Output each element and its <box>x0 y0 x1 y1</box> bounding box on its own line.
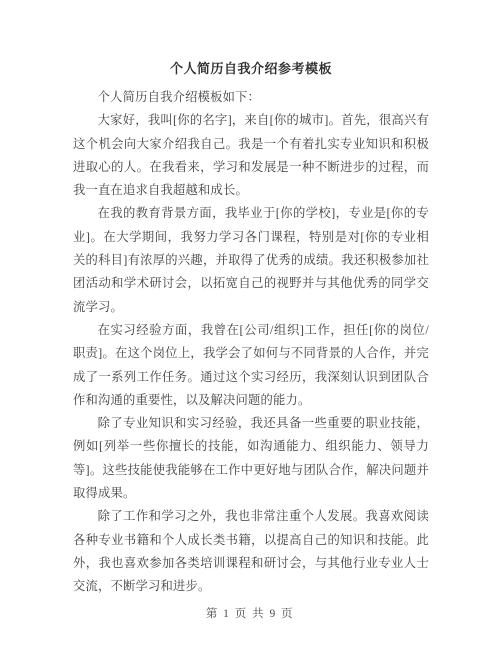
document-title: 个人简历自我介绍参考模板 <box>73 57 429 81</box>
paragraph-internship: 在实习经验方面，我曾在[公司/组织]工作，担任[你的岗位/职责]。在这个岗位上，… <box>73 319 429 412</box>
paragraph-personal-growth: 除了工作和学习之外，我也非常注重个人发展。我喜欢阅读各种专业书籍和个人成长类书籍… <box>73 505 429 598</box>
document-body: 个人简历自我介绍参考模板 个人简历自我介绍模板如下： 大家好，我叫[你的名字]，… <box>73 57 429 599</box>
intro-line: 个人简历自我介绍模板如下： <box>73 86 429 109</box>
paragraph-education: 在我的教育背景方面，我毕业于[你的学校]，专业是[你的专业]。在大学期间，我努力… <box>73 202 429 318</box>
paragraph-skills: 除了专业知识和实习经验，我还具备一些重要的职业技能，例如[列举一些你擅长的技能，… <box>73 412 429 505</box>
paragraph-greeting: 大家好，我叫[你的名字]，来自[你的城市]。首先，很高兴有这个机会向大家介绍我自… <box>73 109 429 202</box>
document-page: 个人简历自我介绍参考模板 个人简历自我介绍模板如下： 大家好，我叫[你的名字]，… <box>0 0 500 647</box>
page-number-footer: 第 1 页 共 9 页 <box>0 605 500 621</box>
